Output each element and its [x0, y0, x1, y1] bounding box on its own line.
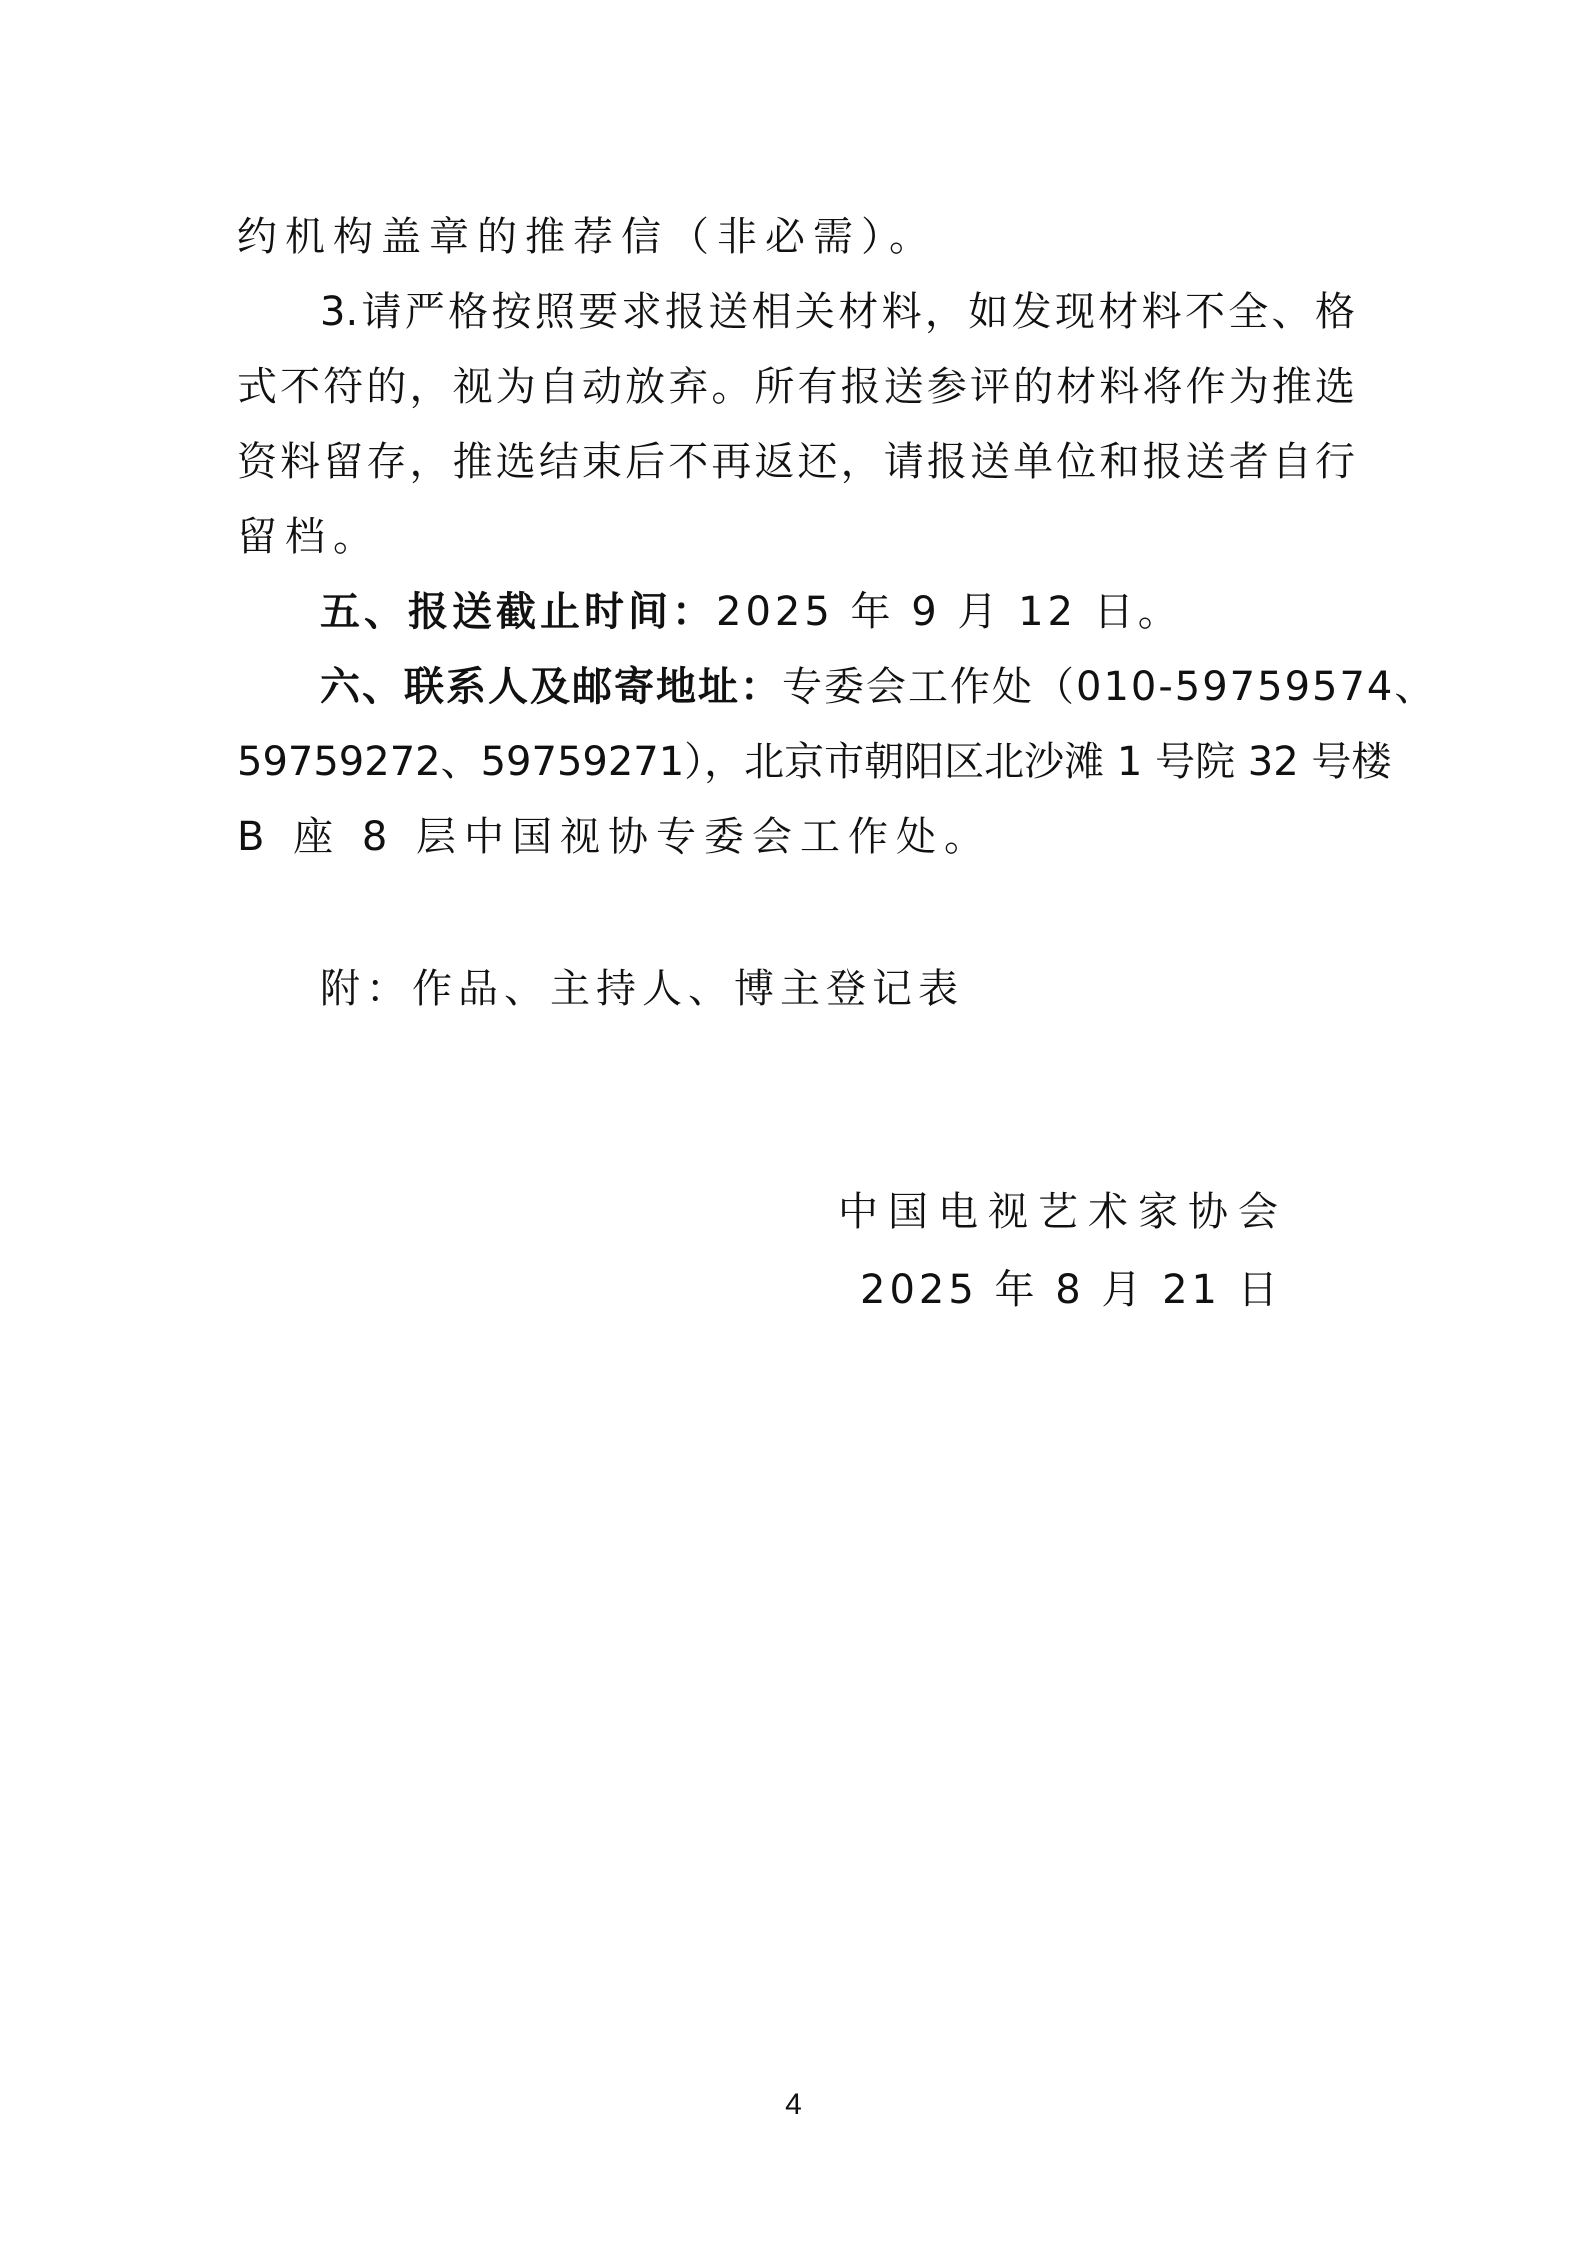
section-contact: 六、联系人及邮寄地址：专委会工作处（010-59759574、: [320, 650, 1355, 725]
document-page: 约机构盖章的推荐信（非必需）。 3.请严格按照要求报送相关材料，如发现材料不全、…: [0, 0, 1587, 2245]
paragraph-line: 式不符的，视为自动放弃。所有报送参评的材料将作为推选: [237, 350, 1355, 425]
section-heading: 五、报送截止时间：: [320, 589, 716, 635]
paragraph-line: 3.请严格按照要求报送相关材料，如发现材料不全、格: [320, 275, 1355, 350]
attachment-note: 附：作品、主持人、博主登记表: [320, 952, 1355, 1027]
contact-address-line: 59759272、59759271），北京市朝阳区北沙滩 1 号院 32 号楼: [237, 725, 1355, 800]
paragraph-line: 资料留存，推选结束后不再返还，请报送单位和报送者自行: [237, 425, 1355, 500]
signature-organization: 中国电视艺术家协会: [838, 1175, 1288, 1250]
contact-text: 专委会工作处（010-59759574、: [782, 664, 1436, 710]
deadline-date: 2025 年 9 月 12 日。: [716, 589, 1182, 635]
contact-address-line: B 座 8 层中国视协专委会工作处。: [237, 800, 1355, 875]
section-heading: 六、联系人及邮寄地址：: [320, 664, 782, 710]
section-deadline: 五、报送截止时间：2025 年 9 月 12 日。: [320, 575, 1355, 650]
page-number: 4: [0, 2085, 1587, 2125]
paragraph-line: 约机构盖章的推荐信（非必需）。: [237, 200, 857, 275]
paragraph-line: 留档。: [237, 500, 1355, 575]
signature-date: 2025 年 8 月 21 日: [860, 1253, 1282, 1328]
